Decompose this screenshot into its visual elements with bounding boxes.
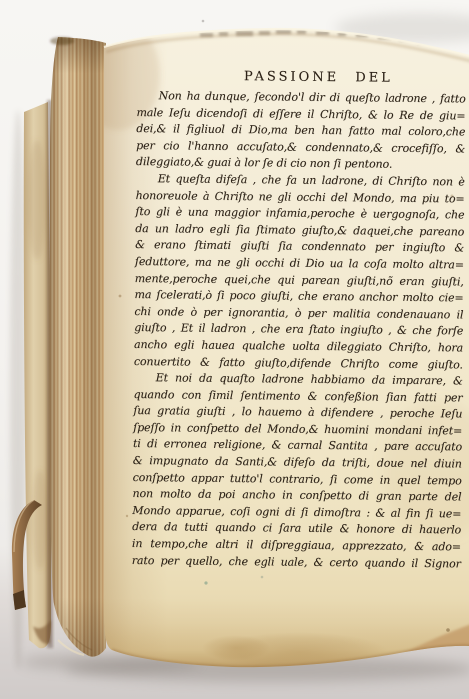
text-line: rato per quello, che egli uale, & certo … xyxy=(132,553,461,573)
page-edge-stack xyxy=(50,37,106,657)
printed-text-block: PASSIONE DEL Non ha dunque, ſecondo'l di… xyxy=(132,63,466,573)
book-photograph: PASSIONE DEL Non ha dunque, ſecondo'l di… xyxy=(0,0,469,699)
vellum-cover-edge xyxy=(24,102,51,648)
running-head: PASSIONE DEL xyxy=(137,63,466,91)
